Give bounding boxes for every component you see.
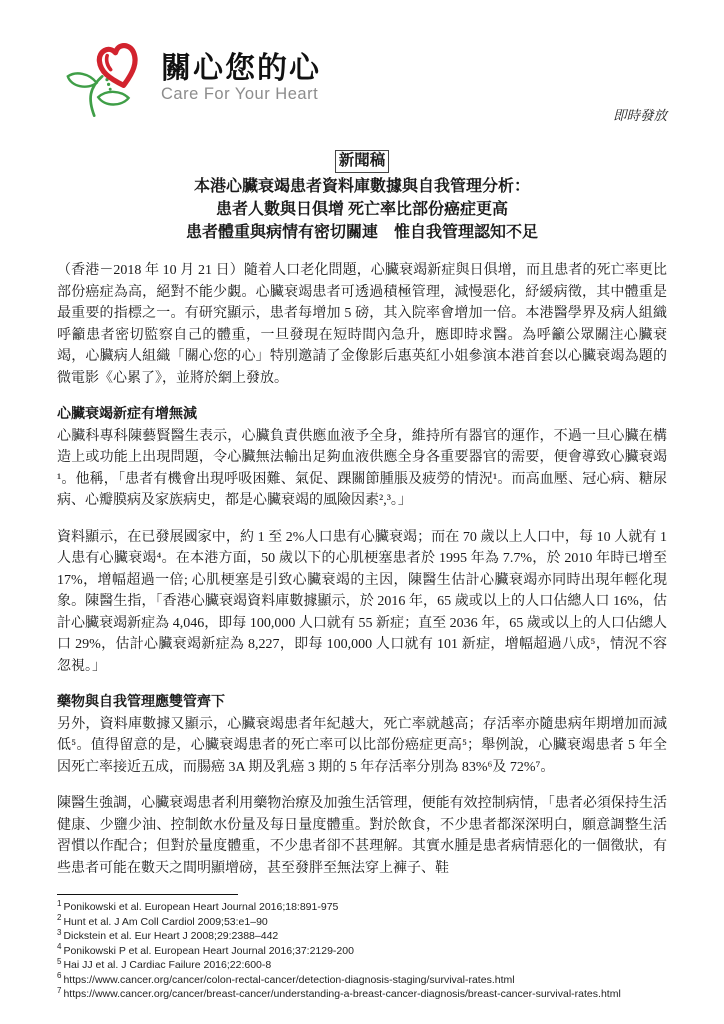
release-status: 即時發放 xyxy=(613,104,667,124)
logo-text: 關心您的心 Care For Your Heart xyxy=(161,53,321,104)
footnote-7-marker: 7 xyxy=(57,986,61,995)
section-heading-self-management: 藥物與自我管理應雙管齊下 xyxy=(57,692,667,714)
footnote-2-marker: 2 xyxy=(57,913,61,922)
footnote-6-text: https://www.cancer.org/cancer/colon-rect… xyxy=(63,974,514,986)
footnote-separator xyxy=(57,894,238,895)
footnote-4-marker: 4 xyxy=(57,942,61,951)
footnote-7: 7https://www.cancer.org/cancer/breast-ca… xyxy=(57,988,667,1002)
footnote-7-text: https://www.cancer.org/cancer/breast-can… xyxy=(63,988,620,1000)
footnote-3: 3Dickstein et al. Eur Heart J 2008;29:23… xyxy=(57,930,667,944)
section2-paragraph-1: 另外，資料庫數據又顯示，心臟衰竭患者年紀越大，死亡率就越高；存活率亦隨患病年期增… xyxy=(57,714,667,779)
section-heading-new-cases: 心臟衰竭新症有增無減 xyxy=(57,404,667,426)
headline-line-2: 患者人數與日俱增 死亡率比部份癌症更高 xyxy=(57,198,667,221)
footnote-5: 5Hai JJ et al. J Cardiac Failure 2016;22… xyxy=(57,959,667,973)
logo-english-name: Care For Your Heart xyxy=(161,86,321,103)
footnote-1: 1Ponikowski et al. European Heart Journa… xyxy=(57,901,667,915)
headline-line-3: 患者體重與病情有密切關連 惟自我管理認知不足 xyxy=(57,221,667,244)
footnote-2: 2Hunt et al. J Am Coll Cardiol 2009;53:e… xyxy=(57,916,667,930)
article-body: （香港－2018 年 10 月 21 日）隨着人口老化問題，心臟衰竭新症與日俱增… xyxy=(57,260,667,879)
footnote-4: 4Ponikowski P et al. European Heart Jour… xyxy=(57,945,667,959)
footnotes: 1Ponikowski et al. European Heart Journa… xyxy=(57,894,667,1002)
section2-paragraph-2: 陳醫生強調，心臟衰竭患者利用藥物治療及加強生活管理，便能有效控制病情，「患者必須… xyxy=(57,793,667,879)
footnote-2-text: Hunt et al. J Am Coll Cardiol 2009;53:e1… xyxy=(63,916,267,928)
headline: 本港心臟衰竭患者資料庫數據與自我管理分析： 患者人數與日俱增 死亡率比部份癌症更… xyxy=(57,175,667,244)
masthead: 關心您的心 Care For Your Heart 即時發放 xyxy=(57,0,667,116)
section1-paragraph-1: 心臟科專科陳藝賢醫生表示，心臟負責供應血液予全身，維持所有器官的運作，不過一旦心… xyxy=(57,426,667,512)
footnote-3-marker: 3 xyxy=(57,928,61,937)
org-logo: 關心您的心 Care For Your Heart xyxy=(59,36,321,120)
footnote-3-text: Dickstein et al. Eur Heart J 2008;29:238… xyxy=(63,930,278,942)
doc-type-label: 新聞稿 xyxy=(335,150,390,173)
footnote-4-text: Ponikowski P et al. European Heart Journ… xyxy=(63,945,354,957)
headline-line-1: 本港心臟衰竭患者資料庫數據與自我管理分析： xyxy=(57,175,667,198)
footnote-5-marker: 5 xyxy=(57,957,61,966)
doc-label-row: 新聞稿 xyxy=(57,150,667,173)
logo-chinese-name: 關心您的心 xyxy=(161,53,321,85)
footnote-5-text: Hai JJ et al. J Cardiac Failure 2016;22:… xyxy=(63,959,271,971)
footnote-6: 6https://www.cancer.org/cancer/colon-rec… xyxy=(57,974,667,988)
section1-paragraph-2: 資料顯示，在已發展國家中，約 1 至 2%人口患有心臟衰竭；而在 70 歲以上人… xyxy=(57,527,667,678)
press-release-page: 關心您的心 Care For Your Heart 即時發放 新聞稿 本港心臟衰… xyxy=(0,0,724,1024)
footnote-1-marker: 1 xyxy=(57,899,61,908)
footnote-6-marker: 6 xyxy=(57,971,61,980)
footnote-1-text: Ponikowski et al. European Heart Journal… xyxy=(63,901,338,913)
heart-flower-logo-icon xyxy=(59,36,155,120)
intro-paragraph: （香港－2018 年 10 月 21 日）隨着人口老化問題，心臟衰竭新症與日俱增… xyxy=(57,260,667,389)
